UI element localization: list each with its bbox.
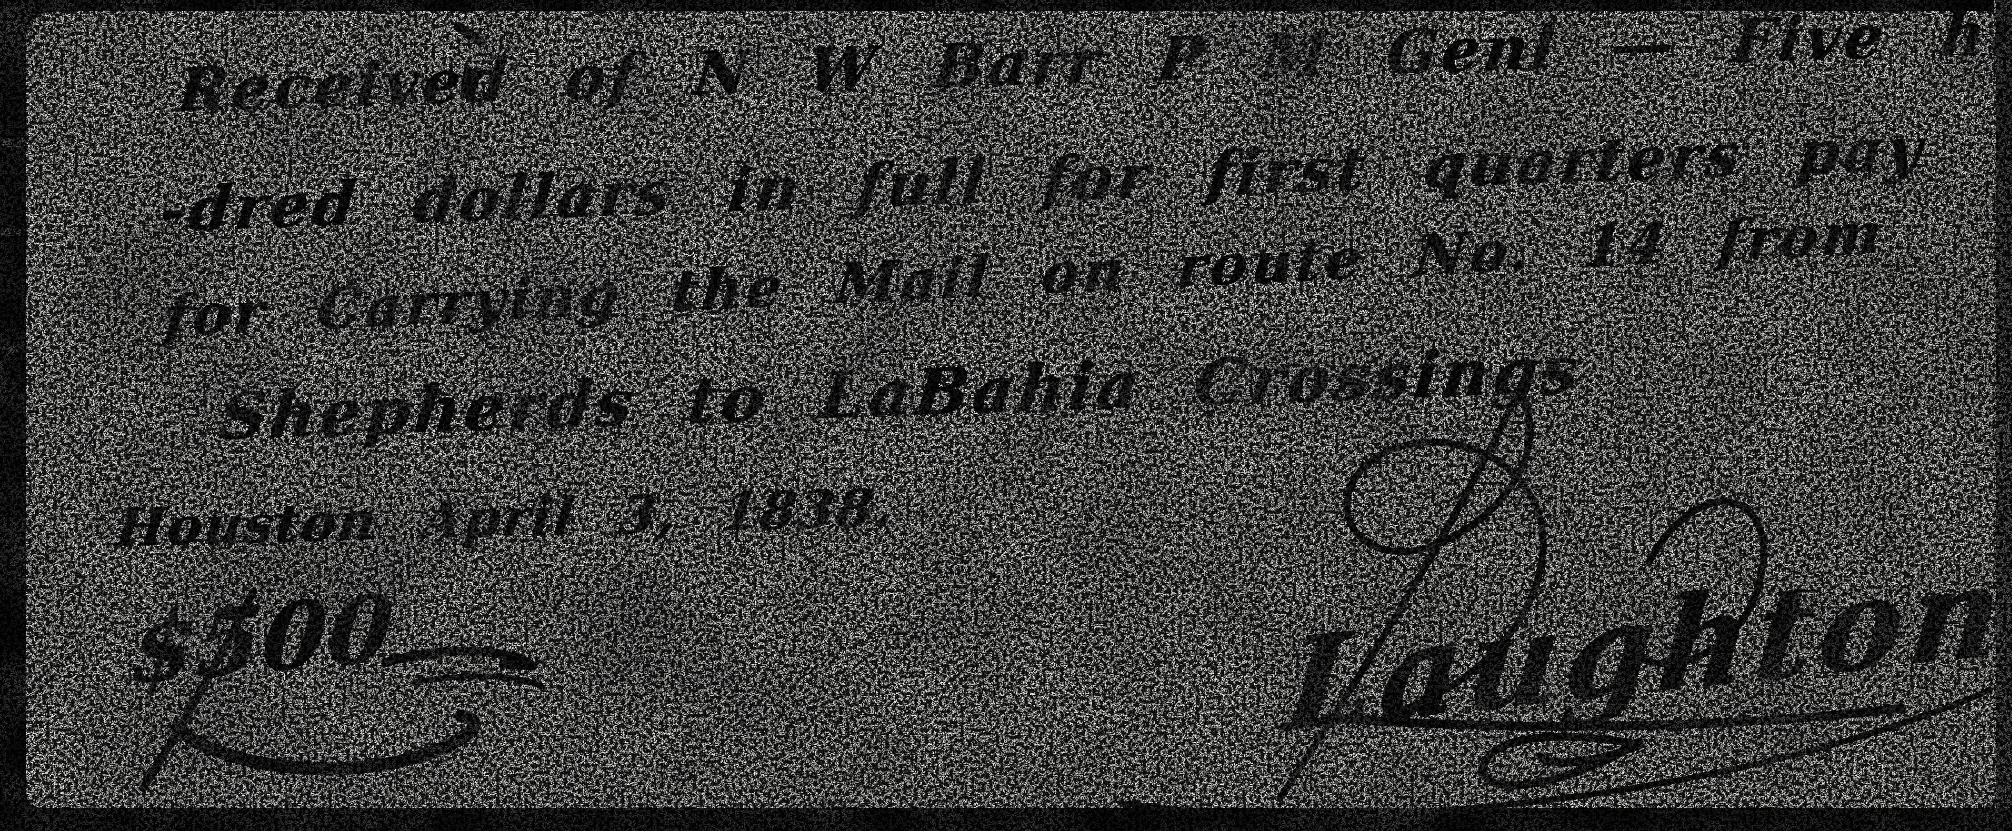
edge-streak bbox=[3, 346, 21, 353]
edge-streak bbox=[1, 228, 21, 236]
document-scan: Received of N W Barr P M Genl — Five hun… bbox=[0, 0, 2012, 831]
amount-dash-stroke bbox=[387, 651, 533, 666]
amount-flourish bbox=[85, 580, 625, 820]
amount-underline-swoosh bbox=[177, 716, 474, 769]
amount-dash-stroke-2 bbox=[415, 676, 541, 686]
edge-streak bbox=[2, 138, 26, 147]
signature-end-curl bbox=[1483, 737, 1640, 785]
